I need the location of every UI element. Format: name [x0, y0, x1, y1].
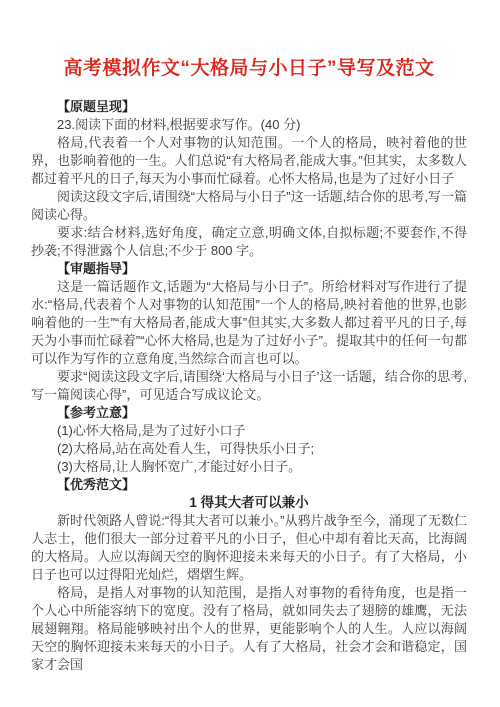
- paragraph: 新时代领路人曾说:“得其大者可以兼小。”从鸦片战争至今，涌现了无数仁人志士，他们…: [31, 512, 467, 584]
- section-header-model-essay: 【优秀范文】: [31, 476, 467, 494]
- section-header-topic-guidance: 【审题指导】: [31, 260, 467, 278]
- list-item: (3)大格局,让人胸怀宽广,才能过好小日子。: [31, 458, 467, 476]
- essay-title: 1 得其大者可以兼小: [31, 494, 467, 512]
- paragraph: 格局,代表着一个人对事物的认知范围。一个人的格局，映衬着他的世界，也影响着他的一…: [31, 134, 467, 188]
- section-header-reference-ideas: 【参考立意】: [31, 404, 467, 422]
- paragraph: 要求:结合材料,选好角度，确定立意,明确文体,自拟标题;不要套作,不得抄袭;不得…: [31, 224, 467, 260]
- section-model-essay: 【优秀范文】 1 得其大者可以兼小 新时代领路人曾说:“得其大者可以兼小。”从鸦…: [31, 476, 467, 674]
- section-original-prompt: 【原题呈现】 23.阅读下面的材料,根据要求写作。(40 分) 格局,代表着一个…: [31, 98, 467, 260]
- document-page: 高考模拟作文“大格局与小日子”导写及范文 【原题呈现】 23.阅读下面的材料,根…: [0, 0, 500, 707]
- paragraph: 格局，是指人对事物的认知范围，是指人对事物的看待角度，也是指一个人心中所能容纳下…: [31, 584, 467, 674]
- paragraph: 23.阅读下面的材料,根据要求写作。(40 分): [31, 116, 467, 134]
- paragraph: 阅读这段文字后,请围绕“大格局与小日子”这一话题,结合你的思考,写一篇阅读心得。: [31, 188, 467, 224]
- section-topic-guidance: 【审题指导】 这是一篇话题作文,话题为“大格局与小日子”。所给材料对写作进行了提…: [31, 260, 467, 404]
- list-item: (2)大格局,站在高处看人生，可得快乐小日子;: [31, 440, 467, 458]
- section-reference-ideas: 【参考立意】 (1)心怀大格局,是为了过好小口子 (2)大格局,站在高处看人生，…: [31, 404, 467, 476]
- list-item: (1)心怀大格局,是为了过好小口子: [31, 422, 467, 440]
- paragraph: 要求“阅读这段文字后,请围绕‘大格局与小日子’这一话题，结合你的思考,写一篇阅读…: [31, 368, 467, 404]
- document-title: 高考模拟作文“大格局与小日子”导写及范文: [31, 57, 467, 81]
- paragraph: 这是一篇话题作文,话题为“大格局与小日子”。所给材料对写作进行了提水:“格局,代…: [31, 278, 467, 368]
- section-header-original-prompt: 【原题呈现】: [31, 98, 467, 116]
